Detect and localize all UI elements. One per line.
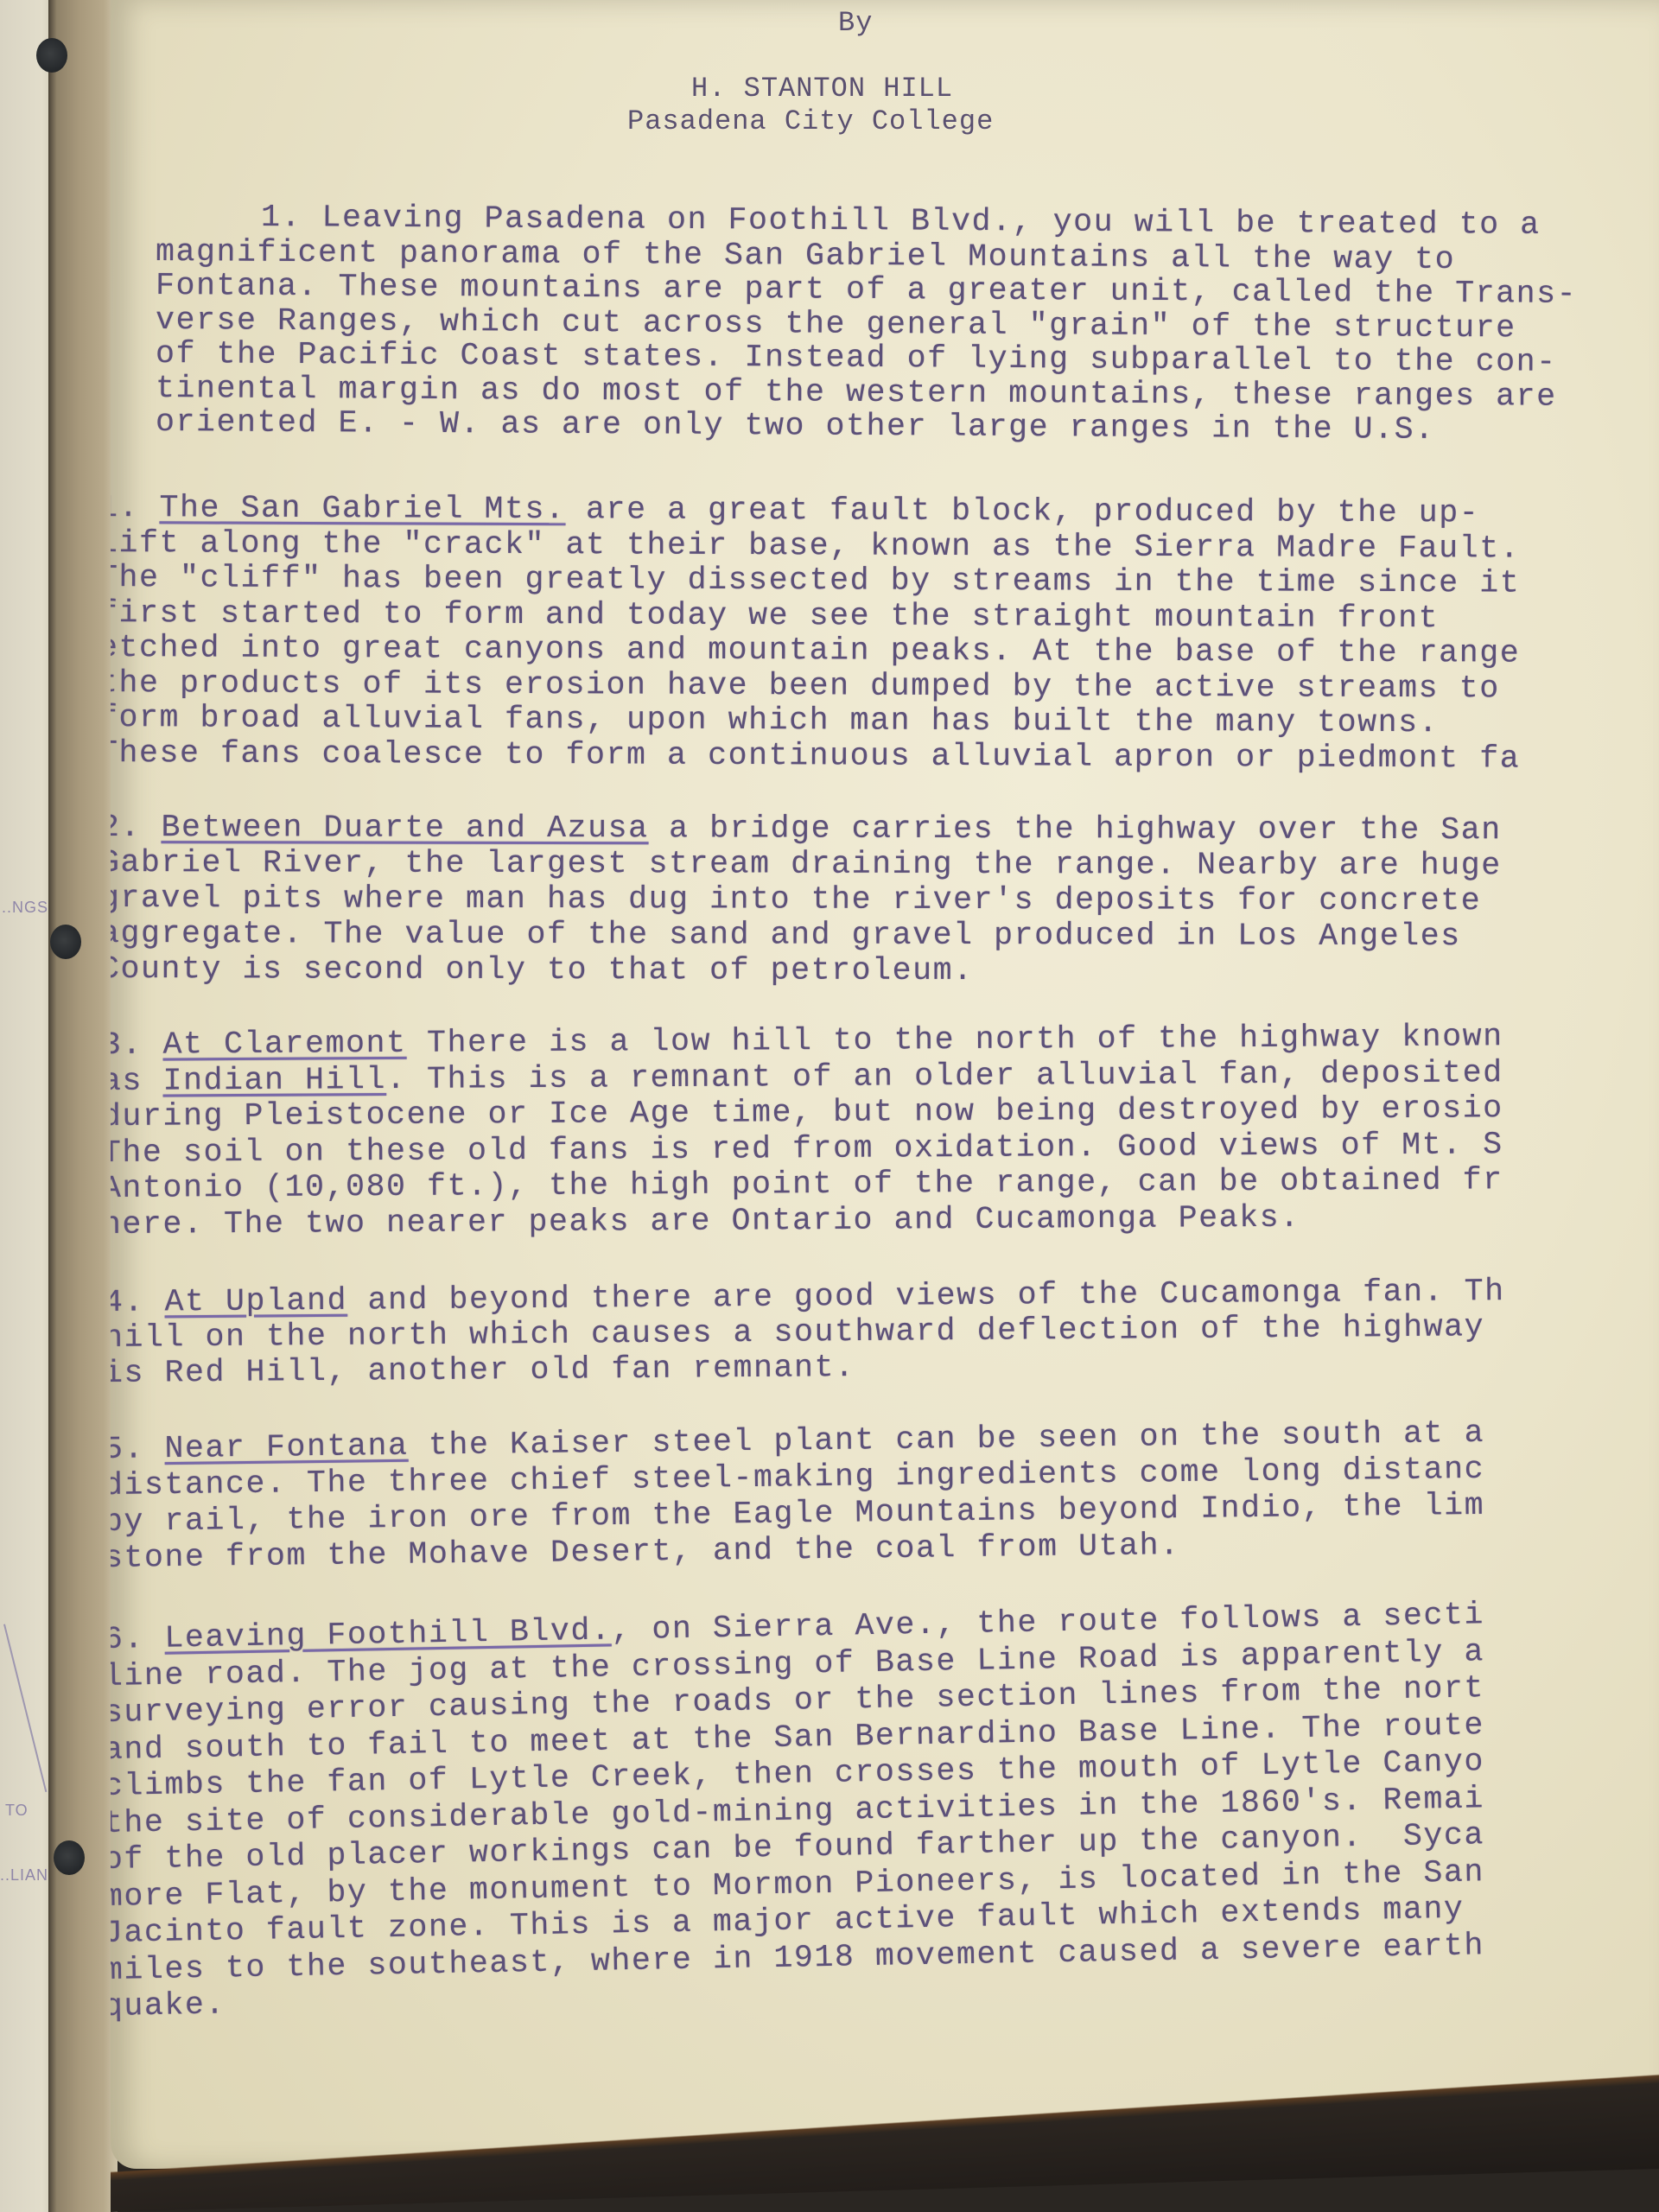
underlined-place-name: Leaving Foothill Blvd. xyxy=(164,1612,612,1656)
text-line: quake. xyxy=(111,1989,226,2023)
text-line: These fans coalesce to form a continuous… xyxy=(111,738,1520,775)
text-line: 1. The San Gabriel Mts. are a great faul… xyxy=(111,493,1479,530)
text-line: The "cliff" has been greatly dissected b… xyxy=(111,563,1520,600)
text-line: Antonio (10,080 ft.), the high point of … xyxy=(111,1165,1503,1205)
text-line: during Pleistocene or Ice Age time, but … xyxy=(111,1093,1503,1133)
text-line: etched into great canyons and mountain p… xyxy=(111,632,1520,670)
binder-gutter xyxy=(48,0,118,2212)
left-margin-note-lian: ...LIAN xyxy=(0,1866,48,1885)
text-line: hill on the north which causes a southwa… xyxy=(111,1312,1484,1354)
underlined-place-name: Between Duarte and Azusa xyxy=(161,810,648,846)
institution: Pasadena City College xyxy=(627,105,994,137)
text-line: 3. At Claremont There is a low hill to t… xyxy=(111,1021,1503,1061)
text-line: gravel pits where man has dug into the r… xyxy=(111,883,1481,918)
byline: By xyxy=(838,7,873,39)
text-line: 2. Between Duarte and Azusa a bridge car… xyxy=(111,812,1502,847)
left-margin-note: ...NGS xyxy=(0,899,48,917)
left-margin-note-to: TO xyxy=(5,1802,29,1820)
text-line: first started to form and today we see t… xyxy=(111,598,1439,635)
left-map-line xyxy=(3,1624,47,1793)
underlined-place-name: At Claremont xyxy=(162,1026,406,1063)
underlined-place-name: The San Gabriel Mts. xyxy=(159,490,565,527)
binder-hole-icon xyxy=(36,38,67,73)
author-name: H. STANTON HILL xyxy=(691,73,953,105)
typed-page: By H. STANTON HILL Pasadena City College… xyxy=(111,0,1659,2169)
text-line: form broad alluvial fans, upon which man… xyxy=(111,702,1439,740)
text-line: is Red Hill, another old fan remnant. xyxy=(111,1352,855,1389)
underlined-place-name: Near Fontana xyxy=(164,1428,409,1466)
text-line: here. The two nearer peaks are Ontario a… xyxy=(111,1202,1300,1241)
underlined-place-name: Indian Hill xyxy=(162,1062,386,1099)
underlined-place-name: At Upland xyxy=(164,1283,347,1320)
text-line: aggregate. The value of the sand and gra… xyxy=(111,918,1461,953)
binder-hole-icon xyxy=(50,925,81,959)
text-line: lift along the "crack" at their base, kn… xyxy=(111,528,1520,565)
binder-hole-icon xyxy=(54,1840,85,1875)
text-line: oriented E. - W. as are only two other l… xyxy=(156,407,1435,446)
text-line: County is second only to that of petrole… xyxy=(111,954,974,988)
text-line: Gabriel River, the largest stream draini… xyxy=(111,848,1502,882)
text-line: the products of its erosion have been du… xyxy=(111,668,1500,705)
